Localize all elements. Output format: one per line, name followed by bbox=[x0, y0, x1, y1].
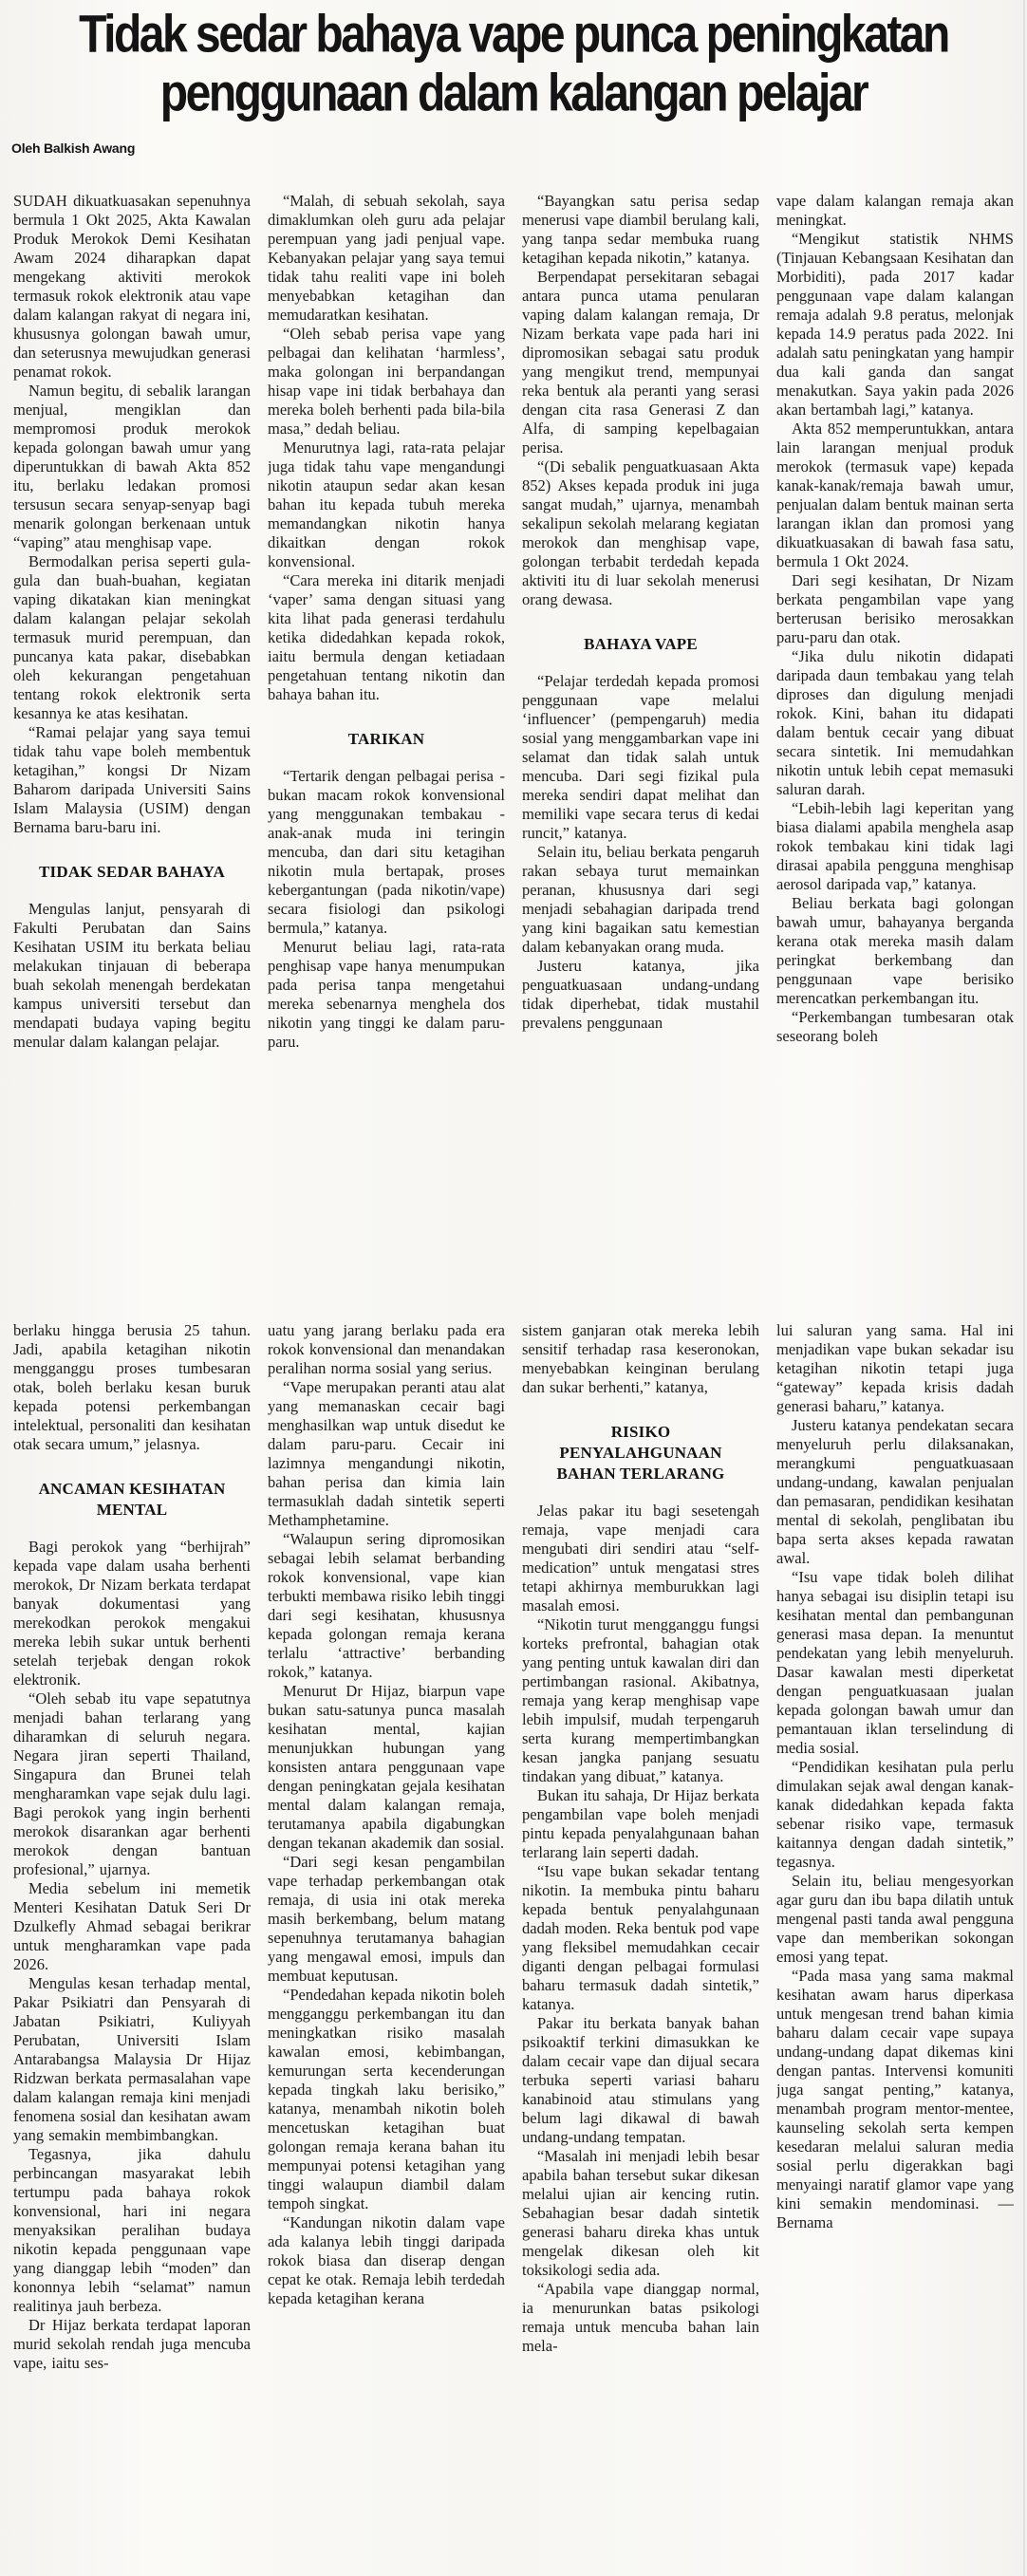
paragraph: Bagi perokok yang “berhijrah” kepada vap… bbox=[13, 1538, 251, 1689]
paragraph: “Oleh sebab perisa vape yang pelbagai da… bbox=[268, 325, 505, 439]
paragraph: vape dalam kalangan remaja akan meningka… bbox=[776, 192, 1014, 230]
paragraph: “Kandungan nikotin dalam vape ada kalany… bbox=[268, 2213, 505, 2308]
masthead: Tidak sedar bahaya vape punca peningkata… bbox=[11, 6, 1016, 156]
paragraph: “Walaupun sering dipromosikan sebagai le… bbox=[268, 1530, 505, 1682]
paragraph: “Masalah ini menjadi lebih besar apabila… bbox=[522, 2147, 759, 2280]
article-body-top: SUDAH dikuatkuasakan sepenuhnya bermula … bbox=[13, 192, 1014, 1283]
paragraph: “Perkembangan tumbesaran otak seseorang … bbox=[776, 1008, 1014, 1046]
paragraph: “Dari segi kesan pengambilan vape terhad… bbox=[268, 1853, 505, 1986]
paragraph: sistem ganjaran otak mereka lebih sensit… bbox=[522, 1321, 759, 1397]
paragraph: Jelas pakar itu bagi sesetengah remaja, … bbox=[522, 1502, 759, 1615]
paragraph: “Vape merupakan peranti atau alat yang m… bbox=[268, 1378, 505, 1530]
paragraph: “Pendedahan kepada nikotin boleh menggan… bbox=[268, 1986, 505, 2213]
byline: Oleh Balkish Awang bbox=[11, 140, 1016, 156]
subheading: TIDAK SEDAR BAHAYA bbox=[19, 862, 245, 883]
paragraph: uatu yang jarang berlaku pada era rokok … bbox=[268, 1321, 505, 1378]
paragraph: SUDAH dikuatkuasakan sepenuhnya bermula … bbox=[13, 192, 251, 382]
paragraph: Dari segi kesihatan, Dr Nizam berkata pe… bbox=[776, 571, 1014, 647]
article-body-bottom: berlaku hingga berusia 25 tahun. Jadi, a… bbox=[13, 1321, 1014, 2568]
paragraph: Justeru katanya pendekatan secara menyel… bbox=[776, 1416, 1014, 1568]
paragraph: Menurut Dr Hijaz, biarpun vape bukan sat… bbox=[268, 1682, 505, 1853]
paragraph: Akta 852 memperuntukkan, antara lain lar… bbox=[776, 420, 1014, 571]
paragraph: “Oleh sebab itu vape sepatutnya menjadi … bbox=[13, 1689, 251, 1879]
paragraph: Mengulas kesan terhadap mental, Pakar Ps… bbox=[13, 1974, 251, 2145]
paragraph: Bukan itu sahaja, Dr Hijaz berkata penga… bbox=[522, 1786, 759, 1862]
paragraph: Media sebelum ini memetik Menteri Kesiha… bbox=[13, 1879, 251, 1974]
paragraph: Selain itu, beliau berkata pengaruh raka… bbox=[522, 843, 759, 957]
paragraph: “Lebih-lebih lagi keperitan yang biasa d… bbox=[776, 799, 1014, 894]
paragraph: Tegasnya, jika dahulu perbincangan masya… bbox=[13, 2145, 251, 2316]
column: uatu yang jarang berlaku pada era rokok … bbox=[268, 1321, 505, 2568]
paragraph: “Pendidikan kesihatan pula perlu dimulak… bbox=[776, 1758, 1014, 1872]
paragraph: “Pelajar terdedah kepada promosi penggun… bbox=[522, 672, 759, 843]
paragraph: Menurutnya lagi, rata-rata pelajar juga … bbox=[268, 439, 505, 571]
newspaper-page: Tidak sedar bahaya vape punca peningkata… bbox=[0, 0, 1027, 2576]
subheading: TARIKAN bbox=[273, 729, 499, 750]
paragraph: Selain itu, beliau mengesyorkan agar gur… bbox=[776, 1872, 1014, 1967]
paragraph: Mengulas lanjut, pensyarah di Fakulti Pe… bbox=[13, 900, 251, 1052]
subheading: ANCAMAN KESIHATAN MENTAL bbox=[19, 1479, 245, 1521]
paragraph: Justeru katanya, jika penguatkuasaan und… bbox=[522, 957, 759, 1033]
paragraph: Beliau berkata bagi golongan bawah umur,… bbox=[776, 894, 1014, 1008]
paragraph: “Cara mereka ini ditarik menjadi ‘vaper’… bbox=[268, 571, 505, 704]
paragraph: “Nikotin turut mengganggu fungsi korteks… bbox=[522, 1615, 759, 1786]
column: SUDAH dikuatkuasakan sepenuhnya bermula … bbox=[13, 192, 251, 1283]
paragraph: “Tertarik dengan pelbagai perisa - bukan… bbox=[268, 767, 505, 938]
paragraph: “Malah, di sebuah sekolah, saya dimaklum… bbox=[268, 192, 505, 325]
paragraph: “Isu vape bukan sekadar tentang nikotin.… bbox=[522, 1862, 759, 2014]
column: sistem ganjaran otak mereka lebih sensit… bbox=[522, 1321, 759, 2568]
column: “Malah, di sebuah sekolah, saya dimaklum… bbox=[268, 192, 505, 1283]
paragraph: “Jika dulu nikotin didapati daripada dau… bbox=[776, 647, 1014, 799]
paragraph: Dr Hijaz berkata terdapat laporan murid … bbox=[13, 2316, 251, 2373]
paragraph: “Isu vape tidak boleh dilihat hanya seba… bbox=[776, 1568, 1014, 1758]
paragraph: “Bayangkan satu perisa sedap menerusi va… bbox=[522, 192, 759, 268]
paragraph: Menurut beliau lagi, rata-rata penghisap… bbox=[268, 938, 505, 1052]
paragraph: “Ramai pelajar yang saya temui tidak tah… bbox=[13, 723, 251, 837]
column: berlaku hingga berusia 25 tahun. Jadi, a… bbox=[13, 1321, 251, 2568]
column: vape dalam kalangan remaja akan meningka… bbox=[776, 192, 1014, 1283]
paragraph: “Mengikut statistik NHMS (Tinjauan Keban… bbox=[776, 230, 1014, 420]
paragraph: Namun begitu, di sebalik larangan menjua… bbox=[13, 382, 251, 552]
subheading: RISIKO PENYALAHGUNAAN BAHAN TERLARANG bbox=[528, 1422, 754, 1484]
paragraph: “Pada masa yang sama makmal kesihatan aw… bbox=[776, 1967, 1014, 2232]
column: lui saluran yang sama. Hal ini menjadika… bbox=[776, 1321, 1014, 2568]
headline: Tidak sedar bahaya vape punca peningkata… bbox=[11, 6, 1016, 123]
paragraph: Berpendapat persekitaran sebagai antara … bbox=[522, 268, 759, 457]
subheading: BAHAYA VAPE bbox=[528, 634, 754, 655]
paragraph: “(Di sebalik penguatkuasaan Akta 852) Ak… bbox=[522, 457, 759, 609]
paragraph: lui saluran yang sama. Hal ini menjadika… bbox=[776, 1321, 1014, 1416]
paragraph: Bermodalkan perisa seperti gula-gula dan… bbox=[13, 552, 251, 723]
paragraph: berlaku hingga berusia 25 tahun. Jadi, a… bbox=[13, 1321, 251, 1454]
column: “Bayangkan satu perisa sedap menerusi va… bbox=[522, 192, 759, 1283]
paragraph: Pakar itu berkata banyak bahan psikoakti… bbox=[522, 2014, 759, 2147]
paragraph: “Apabila vape dianggap normal, ia menuru… bbox=[522, 2280, 759, 2356]
